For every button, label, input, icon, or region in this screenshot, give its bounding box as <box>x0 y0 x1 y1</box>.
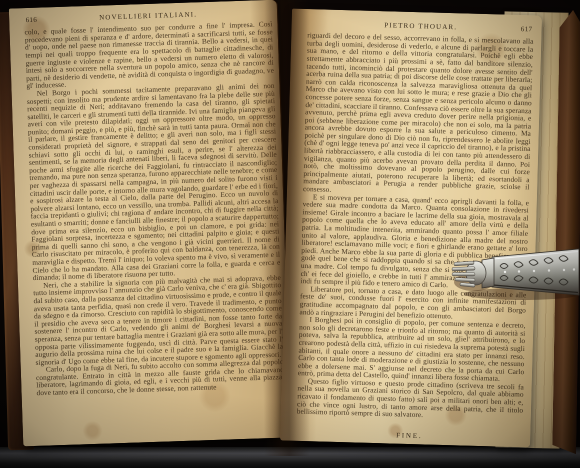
left-page: 616 NOVELLIERI ITALIANI. colo, e quale f… <box>9 0 291 446</box>
paragraph: colo, e quale fosse l' intendimento suo … <box>25 21 275 91</box>
paragraph: Nel Borgo i pochi sommessi tacitamente p… <box>27 83 281 283</box>
paragraph: Carlo, dopo la fuga di Neri, fu subito a… <box>36 359 285 398</box>
paragraph: Questo figlio virtuoso e questo prode ci… <box>297 378 524 423</box>
left-page-text-block: 616 NOVELLIERI ITALIANI. colo, e quale f… <box>24 9 284 398</box>
book-photograph: 616 NOVELLIERI ITALIANI. colo, e quale f… <box>0 0 580 468</box>
fine-label: FINE. <box>296 429 522 443</box>
table-surface <box>0 447 580 468</box>
right-page-number: 617 <box>521 26 533 34</box>
right-page-text-block: PIETRO THOUAR. 617 riguardi del decoro e… <box>296 20 534 443</box>
paragraph: Neri, che a stabilire la signoria con pi… <box>33 275 284 368</box>
right-running-title: PIETRO THOUAR. <box>384 21 457 31</box>
right-page: PIETRO THOUAR. 617 riguardi del decoro e… <box>280 9 542 448</box>
paragraph: I Borghesi poi in consiglio di popolo, p… <box>298 317 526 385</box>
right-running-head: PIETRO THOUAR. 617 <box>308 20 534 34</box>
book-clasp <box>448 246 580 302</box>
paragraph: riguardi del decoro e del sesso, accorre… <box>303 32 534 200</box>
left-page-number: 616 <box>26 17 38 25</box>
left-running-title: NOVELLIERI ITALIANI. <box>99 11 197 22</box>
